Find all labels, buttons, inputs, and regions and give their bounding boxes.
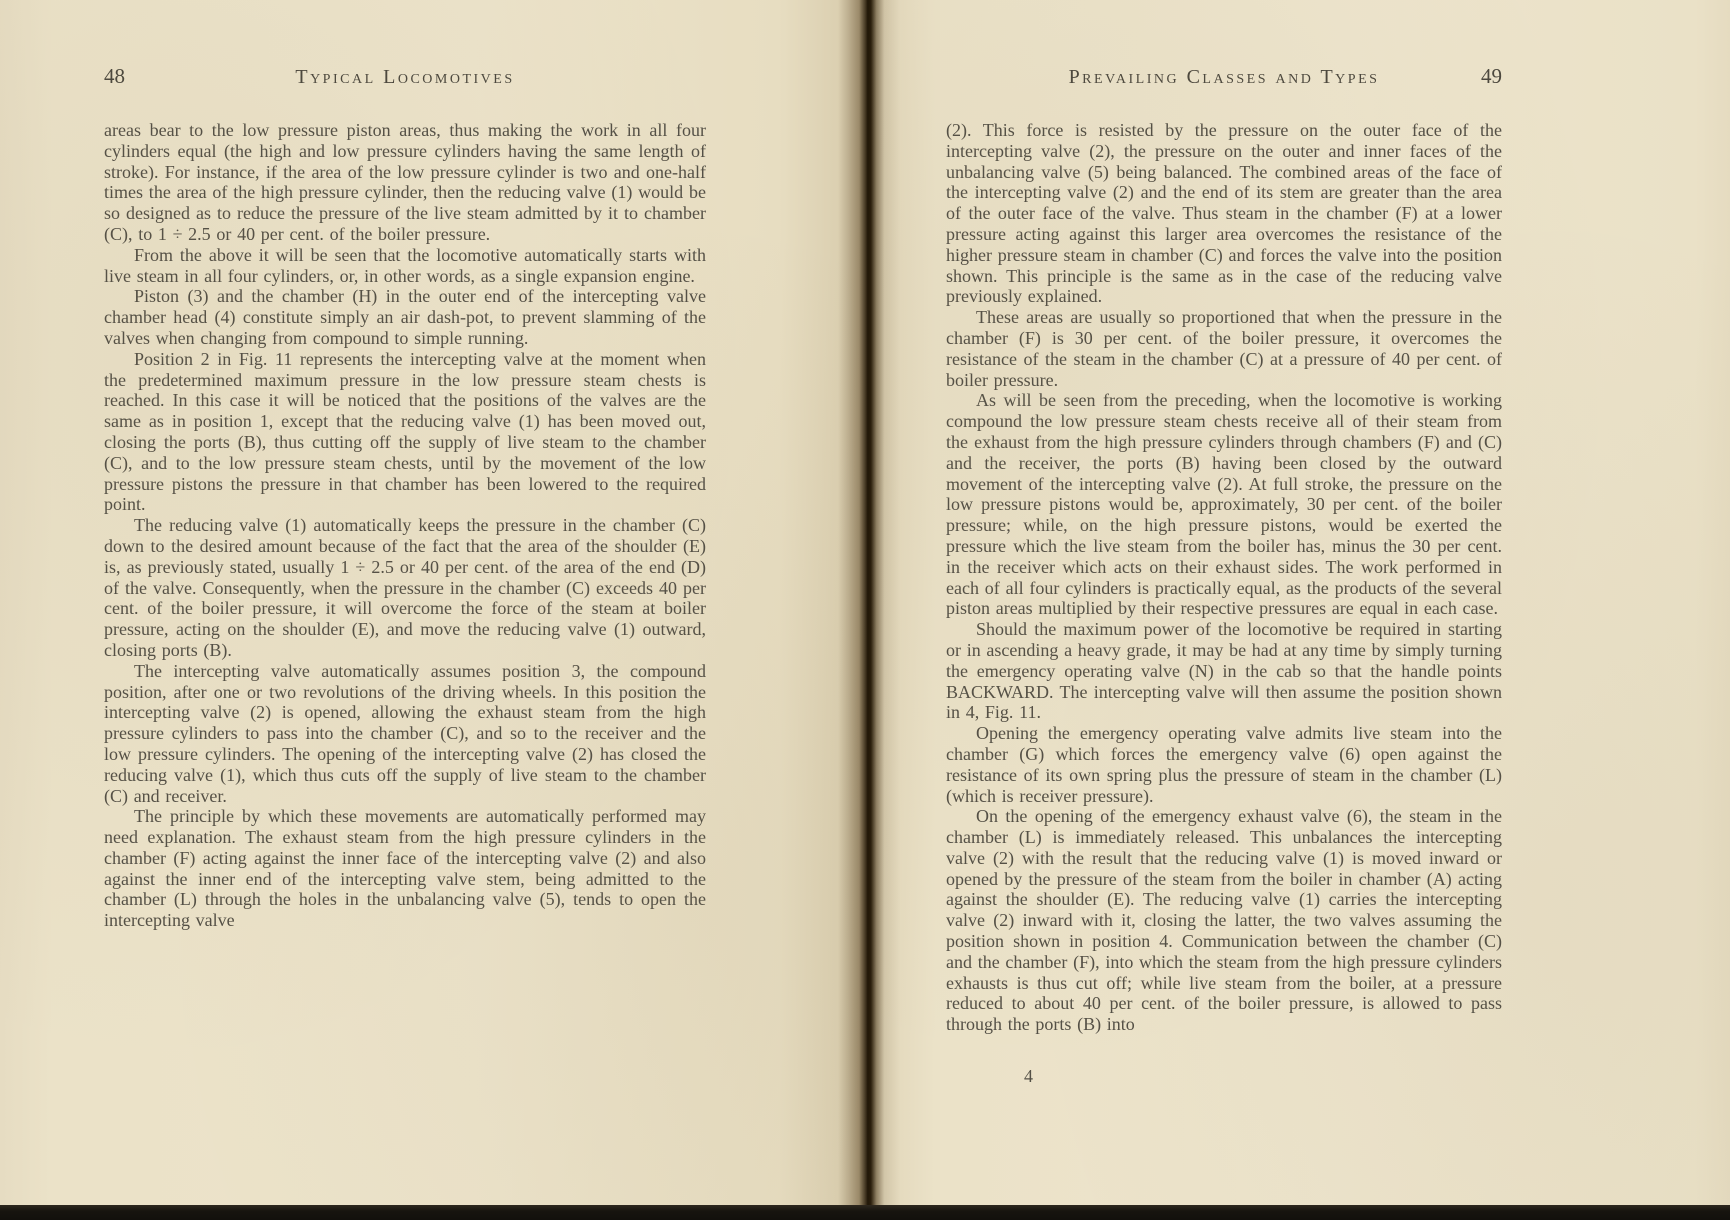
paragraph: areas bear to the low pressure piston ar… (104, 120, 706, 245)
paragraph: Should the maximum power of the locomoti… (946, 619, 1502, 723)
paragraph: Position 2 in Fig. 11 represents the int… (104, 349, 706, 515)
signature-mark: 4 (1024, 1066, 1033, 1087)
paragraph: The principle by which these movements a… (104, 806, 706, 931)
right-page-number: 49 (1481, 64, 1502, 89)
book-spread: 48 Typical Locomotives areas bear to the… (0, 0, 1730, 1220)
left-running-head: 48 Typical Locomotives (104, 66, 706, 92)
paragraph: The intercepting valve automatically ass… (104, 661, 706, 807)
paragraph: The reducing valve (1) automatically kee… (104, 515, 706, 661)
left-header-title: Typical Locomotives (104, 66, 706, 89)
left-page-body: areas bear to the low pressure piston ar… (104, 120, 706, 931)
paragraph: (2). This force is resisted by the press… (946, 120, 1502, 307)
paragraph: Opening the emergency operating valve ad… (946, 723, 1502, 806)
right-header-title: Prevailing Classes and Types (946, 66, 1502, 89)
right-running-head: Prevailing Classes and Types 49 (946, 66, 1502, 92)
right-page: Prevailing Classes and Types 49 (2). Thi… (866, 0, 1730, 1208)
paragraph: These areas are usually so proportioned … (946, 307, 1502, 390)
paragraph: On the opening of the emergency exhaust … (946, 806, 1502, 1035)
left-page: 48 Typical Locomotives areas bear to the… (0, 0, 866, 1208)
right-page-body: (2). This force is resisted by the press… (946, 120, 1502, 1035)
paragraph: From the above it will be seen that the … (104, 245, 706, 287)
paragraph: As will be seen from the preceding, when… (946, 390, 1502, 619)
book-bottom-edge (0, 1205, 1730, 1220)
paragraph: Piston (3) and the chamber (H) in the ou… (104, 286, 706, 348)
